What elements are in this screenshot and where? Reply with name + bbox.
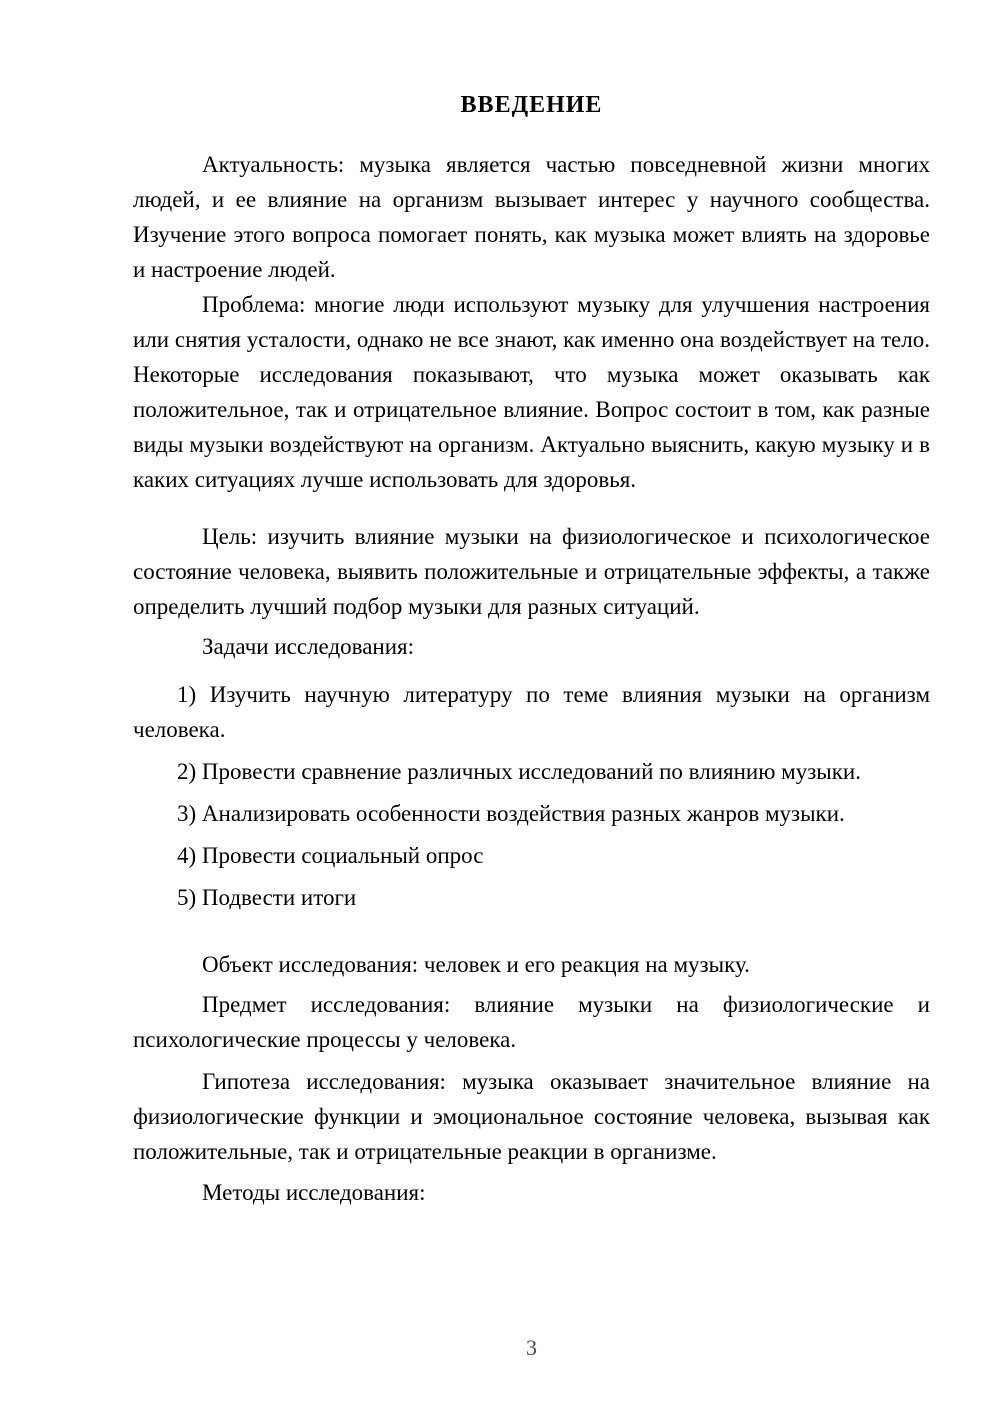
document-body: ВВЕДЕНИЕ Актуальность: музыка является ч…: [133, 88, 930, 1210]
paragraph-object: Объект исследования: человек и его реакц…: [133, 947, 930, 982]
paragraph-relevance: Актуальность: музыка является частью пов…: [133, 147, 930, 287]
page-number: 3: [133, 1330, 930, 1365]
task-item-1: 1) Изучить научную литературу по теме вл…: [133, 677, 930, 747]
section-title: ВВЕДЕНИЕ: [133, 88, 930, 123]
paragraph-tasks-label: Задачи исследования:: [133, 629, 930, 664]
paragraph-subject: Предмет исследования: влияние музыки на …: [133, 987, 930, 1057]
paragraph-hypothesis: Гипотеза исследования: музыка оказывает …: [133, 1064, 930, 1169]
paragraph-methods-label: Методы исследования:: [133, 1175, 930, 1210]
paragraph-problem: Проблема: многие люди используют музыку …: [133, 287, 930, 497]
task-item-2: 2) Провести сравнение различных исследов…: [133, 754, 930, 789]
task-item-4: 4) Провести социальный опрос: [133, 838, 930, 873]
task-item-3: 3) Анализировать особенности воздействия…: [133, 796, 930, 831]
document-page: ВВЕДЕНИЕ Актуальность: музыка является ч…: [0, 0, 1000, 1414]
task-item-5: 5) Подвести итоги: [133, 880, 930, 915]
paragraph-goal: Цель: изучить влияние музыки на физиолог…: [133, 519, 930, 624]
